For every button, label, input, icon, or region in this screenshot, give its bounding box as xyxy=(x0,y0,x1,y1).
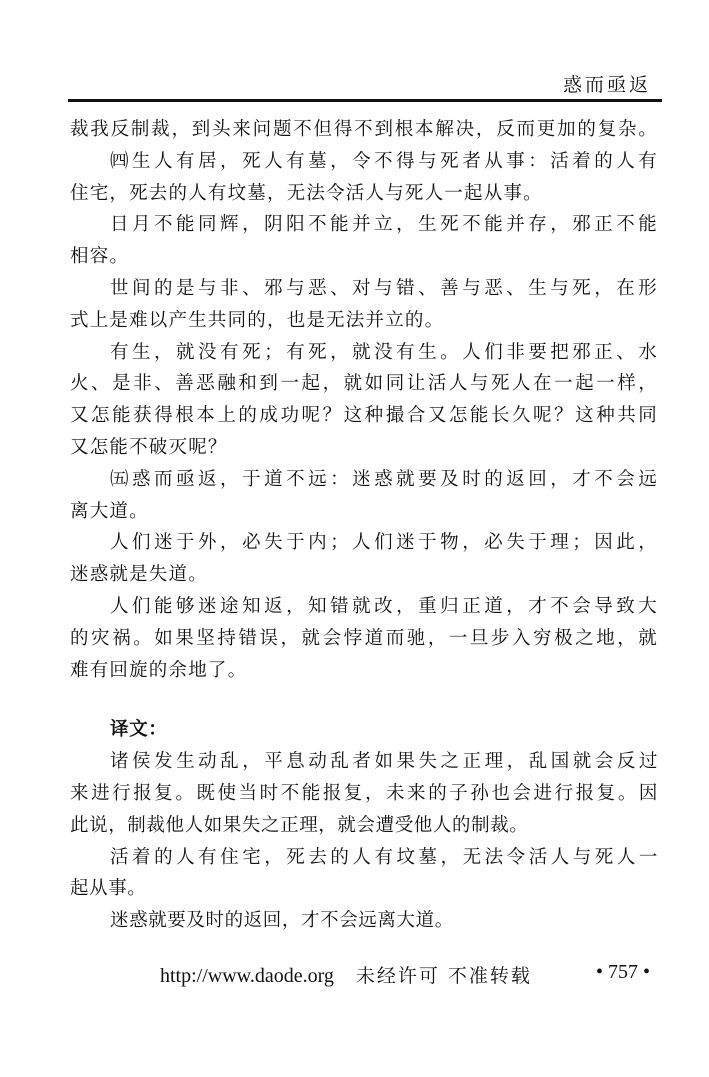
translation-line: 起从事。 xyxy=(70,873,658,905)
translation-line: 此说，制裁他人如果失之正理，就会遭受他人的制裁。 xyxy=(70,810,658,842)
text-line: 式上是难以产生共同的，也是无法并立的。 xyxy=(70,305,658,337)
translation-line: 诸侯发生动乱，平息动乱者如果失之正理，乱国就会反过 xyxy=(70,746,658,778)
text-line: 人们能够迷途知返，知错就改，重归正道，才不会导致大 xyxy=(70,591,658,623)
translation-heading: 译文： xyxy=(70,714,658,746)
text-line: 住宅，死去的人有坟墓，无法令活人与死人一起从事。 xyxy=(70,178,658,210)
translation-line: 来进行报复。既使当时不能报复，未来的子孙也会进行报复。因 xyxy=(70,778,658,810)
text-line: 离大道。 xyxy=(70,496,658,528)
page-number: • 757 • xyxy=(596,961,650,984)
page-body: 裁我反制裁，到头来问题不但得不到根本解决，反而更加的复杂。 ㈣生人有居，死人有墓… xyxy=(70,114,658,937)
text-line: 迷惑就是失道。 xyxy=(70,559,658,591)
translation-line: 活着的人有住宅，死去的人有坟墓，无法令活人与死人一 xyxy=(70,842,658,874)
text-line: 相容。 xyxy=(70,241,658,273)
text-line: ㈣生人有居，死人有墓，令不得与死者从事：活着的人有 xyxy=(70,146,658,178)
text-line: 火、是非、善恶融和到一起，就如同让活人与死人在一起一样， xyxy=(70,368,658,400)
section-gap xyxy=(70,686,658,714)
text-line: 的灾祸。如果坚持错误，就会悖道而驰，一旦步入穷极之地，就 xyxy=(70,623,658,655)
text-line: 有生，就没有死；有死，就没有生。人们非要把邪正、水 xyxy=(70,337,658,369)
running-header-title: 惑而亟返 xyxy=(563,70,651,97)
copyright-notice: 未经许可 不准转载 xyxy=(356,965,532,987)
text-line: ㈤惑而亟返，于道不远：迷惑就要及时的返回，才不会远 xyxy=(70,464,658,496)
text-line: 又怎能获得根本上的成功呢？这种撮合又怎能长久呢？这种共同 xyxy=(70,400,658,432)
text-line: 人们迷于外，必失于内；人们迷于物，必失于理；因此， xyxy=(70,527,658,559)
page-footer: http://www.daode.org未经许可 不准转载 • 757 • xyxy=(160,961,650,988)
header-rule xyxy=(68,99,662,102)
text-line: 日月不能同辉，阴阳不能并立，生死不能并存，邪正不能 xyxy=(70,209,658,241)
text-line: 裁我反制裁，到头来问题不但得不到根本解决，反而更加的复杂。 xyxy=(70,114,658,146)
footer-url: http://www.daode.org xyxy=(160,965,334,987)
translation-line: 迷惑就要及时的返回，才不会远离大道。 xyxy=(70,905,658,937)
text-line: 世间的是与非、邪与恶、对与错、善与恶、生与死，在形 xyxy=(70,273,658,305)
text-line: 又怎能不破灭呢？ xyxy=(70,432,658,464)
text-line: 难有回旋的余地了。 xyxy=(70,655,658,687)
